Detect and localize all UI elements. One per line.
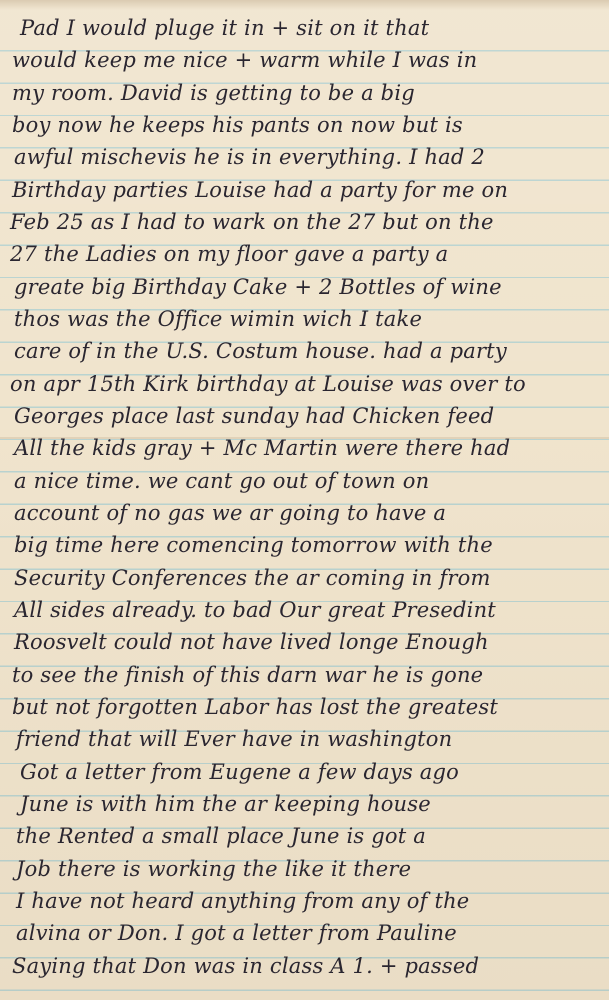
text-line: Pad I would pluge it in + sit on it that [20,12,429,44]
text-line: 27 the Ladies on my floor gave a party a [10,238,448,270]
text-line: Job there is working the like it there [16,853,411,885]
text-line: June is with him the ar keeping house [20,788,431,820]
text-line: big time here comencing tomorrow with th… [14,529,493,561]
text-line: on apr 15th Kirk birthday at Louise was … [10,368,526,400]
text-line: account of no gas we ar going to have a [14,497,446,529]
text-line: I have not heard anything from any of th… [16,885,469,917]
text-line: Feb 25 as I had to wark on the 27 but on… [10,206,494,238]
text-line: Got a letter from Eugene a few days ago [20,756,459,788]
text-line: the Rented a small place June is got a [16,820,426,852]
text-line: a nice time. we cant go out of town on [14,465,429,497]
text-line: awful mischevis he is in everything. I h… [14,141,485,173]
text-line: alvina or Don. I got a letter from Pauli… [16,917,457,949]
text-line: All sides already. to bad Our great Pres… [14,594,496,626]
text-line: my room. David is getting to be a big [12,77,415,109]
text-line: would keep me nice + warm while I was in [12,44,477,76]
text-line: friend that will Ever have in washington [16,723,452,755]
text-line: Georges place last sunday had Chicken fe… [14,400,494,432]
text-line: boy now he keeps his pants on now but is [12,109,463,141]
text-line: to see the finish of this darn war he is… [12,659,483,691]
letter-page: Pad I would pluge it in + sit on it that… [0,0,609,1000]
text-line: Birthday parties Louise had a party for … [12,174,508,206]
text-line: Saying that Don was in class A 1. + pass… [12,950,479,982]
text-line: thos was the Office wimin wich I take [14,303,422,335]
text-line: All the kids gray + Mc Martin were there… [14,432,510,464]
text-line: care of in the U.S. Costum house. had a … [14,335,507,367]
text-line: Roosvelt could not have lived longe Enou… [14,626,489,658]
text-line: greate big Birthday Cake + 2 Bottles of … [14,271,502,303]
text-line: Security Conferences the ar coming in fr… [14,562,491,594]
text-line: but not forgotten Labor has lost the gre… [12,691,498,723]
page-top-shadow [0,0,609,10]
